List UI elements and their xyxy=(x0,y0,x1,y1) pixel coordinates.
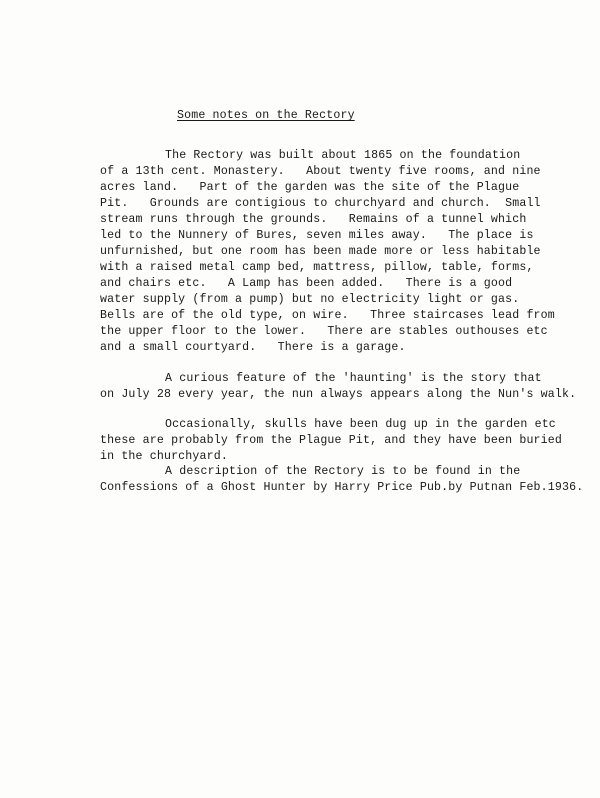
paragraph-1-line-2: of a 13th cent. Monastery. About twenty … xyxy=(100,164,541,180)
paragraph-2-line-2: on July 28 every year, the nun always ap… xyxy=(100,387,576,403)
paragraph-1-line-3: acres land. Part of the garden was the s… xyxy=(100,180,519,196)
paragraph-3-line-1: Occasionally, skulls have been dug up in… xyxy=(165,417,556,433)
paragraph-2-line-1: A curious feature of the 'haunting' is t… xyxy=(165,371,542,387)
paragraph-3-line-2: these are probably from the Plague Pit, … xyxy=(100,433,562,449)
paragraph-1-line-9: and chairs etc. A Lamp has been added. T… xyxy=(100,276,512,292)
paragraph-1-line-10: water supply (from a pump) but no electr… xyxy=(100,292,519,308)
paragraph-4-line-1: A description of the Rectory is to be fo… xyxy=(165,464,520,480)
typewritten-page: Some notes on the Rectory The Rectory wa… xyxy=(0,0,600,798)
paragraph-1-line-4: Pit. Grounds are contigious to churchyar… xyxy=(100,196,541,212)
paragraph-4-line-2: Confessions of a Ghost Hunter by Harry P… xyxy=(100,480,583,496)
document-title: Some notes on the Rectory xyxy=(177,109,355,122)
paragraph-1-line-11: Bells are of the old type, on wire. Thre… xyxy=(100,308,555,324)
paragraph-1-line-13: and a small courtyard. There is a garage… xyxy=(100,340,406,356)
paragraph-3-line-3: in the churchyard. xyxy=(100,449,228,465)
paragraph-1-line-6: led to the Nunnery of Bures, seven miles… xyxy=(100,228,534,244)
paragraph-1-line-8: with a raised metal camp bed, mattress, … xyxy=(100,260,534,276)
paragraph-1-line-12: the upper floor to the lower. There are … xyxy=(100,324,548,340)
paragraph-1-line-1: The Rectory was built about 1865 on the … xyxy=(165,148,520,164)
paragraph-1-line-5: stream runs through the grounds. Remains… xyxy=(100,212,526,228)
paragraph-1-line-7: unfurnished, but one room has been made … xyxy=(100,244,541,260)
